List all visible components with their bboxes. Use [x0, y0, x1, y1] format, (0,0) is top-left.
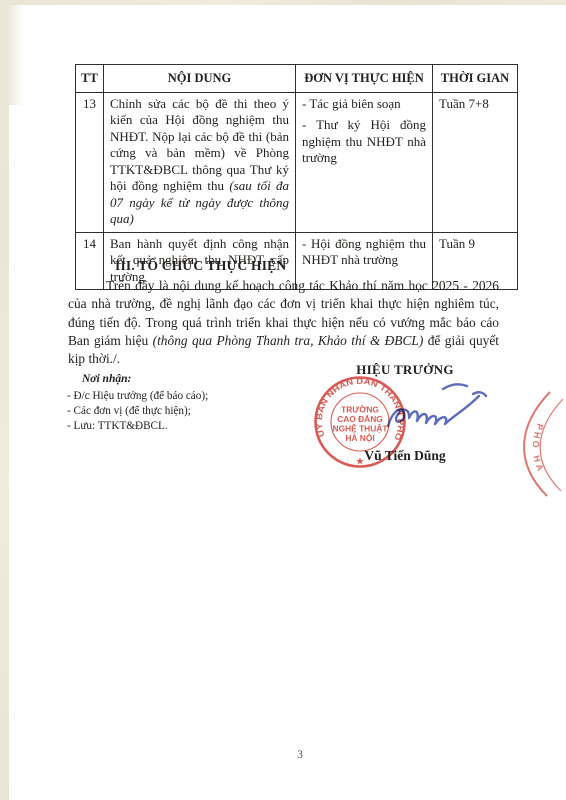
header-tt: TT	[76, 65, 104, 93]
table-header-row: TT NỘI DUNG ĐƠN VỊ THỰC HIỆN THỜI GIAN	[76, 65, 518, 93]
cell-tt: 13	[76, 92, 104, 232]
stamp-center-line-1: TRƯỜNG	[341, 404, 379, 415]
schedule-table: TT NỘI DUNG ĐƠN VỊ THỰC HIỆN THỜI GIAN 1…	[75, 64, 518, 290]
stamp-center-line-2: CAO ĐẲNG	[337, 413, 383, 424]
recipient-item: - Đ/c Hiệu trưởng (để báo cáo);	[67, 389, 208, 404]
edge-stamp-fragment: PHỐ HÀ	[500, 391, 566, 497]
document-page: TT NỘI DUNG ĐƠN VỊ THỰC HIỆN THỜI GIAN 1…	[0, 0, 566, 800]
svg-text:PHỐ HÀ: PHỐ HÀ	[531, 422, 547, 475]
body-paragraph: Trên đây là nội dung kế hoạch công tác K…	[68, 277, 499, 368]
stamp-center-line-4: HÀ NỘI	[345, 432, 374, 443]
scan-edge-top	[0, 0, 566, 5]
cell-time: Tuần 7+8	[433, 92, 518, 232]
signer-name: Vũ Tiến Dũng	[330, 448, 480, 464]
unit-item: - Tác giả biên soạn	[302, 96, 426, 113]
header-don-vi: ĐƠN VỊ THỰC HIỆN	[296, 65, 433, 93]
scan-edge-left	[0, 0, 9, 800]
edge-stamp-text: PHỐ HÀ	[531, 422, 547, 475]
scan-edge-corner	[0, 5, 24, 105]
cell-content: Chỉnh sửa các bộ đề thi theo ý kiến của …	[104, 92, 296, 232]
cell-units: - Tác giả biên soạn - Thư ký Hội đồng ng…	[296, 92, 433, 232]
unit-item: - Thư ký Hội đồng nghiệm thu NHĐT nhà tr…	[302, 117, 426, 167]
signature-main-stroke	[388, 396, 479, 426]
section-heading: III. TỔ CHỨC THỰC HIỆN	[115, 258, 286, 274]
paragraph-italic-note: (thông qua Phòng Thanh tra, Khảo thí & Đ…	[153, 333, 424, 348]
edge-stamp-inner-arc	[540, 399, 563, 491]
signature-accent-stroke	[443, 384, 467, 389]
recipients-block: Nơi nhận: - Đ/c Hiệu trưởng (để báo cáo)…	[67, 372, 208, 434]
recipient-item: - Các đơn vị (để thực hiện);	[67, 404, 208, 419]
table-row: 13 Chỉnh sửa các bộ đề thi theo ý kiến c…	[76, 92, 518, 232]
stamp-center-line-3: NGHỆ THUẬT	[333, 423, 389, 434]
header-thoi-gian: THỜI GIAN	[433, 65, 518, 93]
page-number: 3	[280, 749, 320, 761]
header-noi-dung: NỘI DUNG	[104, 65, 296, 93]
recipient-item: - Lưu: TTKT&ĐBCL.	[67, 419, 208, 434]
recipients-label: Nơi nhận:	[82, 372, 208, 387]
unit-item: - Hội đồng nghiệm thu NHĐT nhà trường	[302, 236, 426, 269]
signature-scribble	[383, 380, 489, 434]
